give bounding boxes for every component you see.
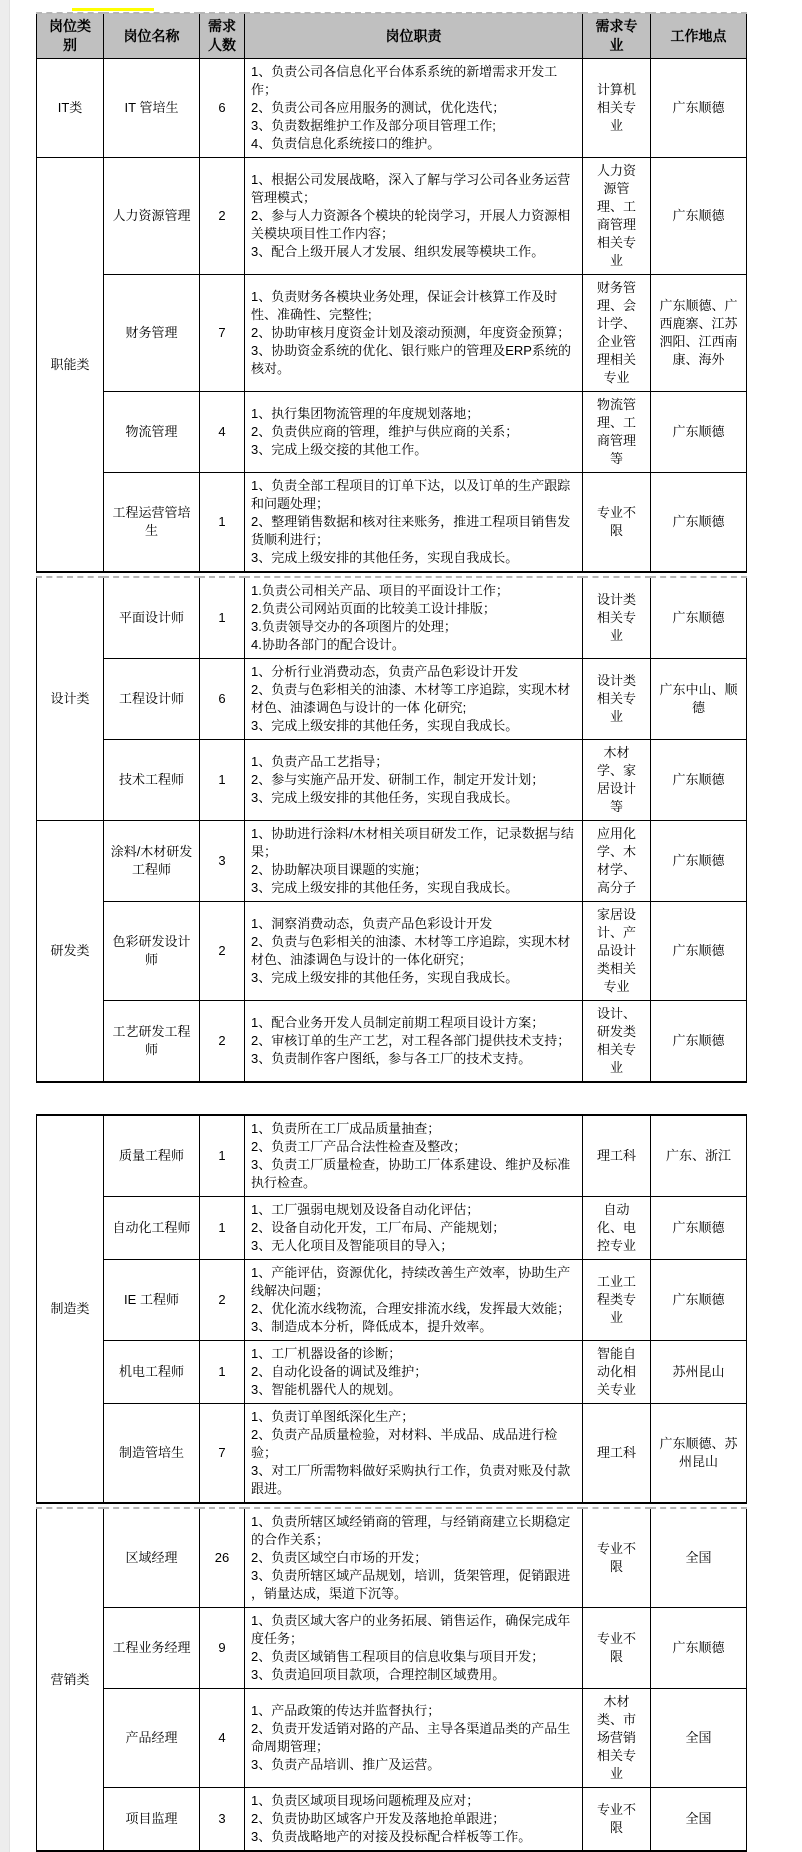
position-name: 产品经理 xyxy=(104,1689,200,1788)
duties: 1、执行集团物流管理的年度规划落地； 2、负责供应商的管理，维护与供应商的关系；… xyxy=(245,392,583,473)
headcount: 4 xyxy=(200,392,245,473)
work-location: 全国 xyxy=(651,1689,747,1788)
work-location: 广东顺德 xyxy=(651,740,747,821)
col-header-category: 岗位类别 xyxy=(37,13,104,59)
table-row: 机电工程师 1 1、工厂机器设备的诊断； 2、自动化设备的调试及维护； 3、智能… xyxy=(37,1341,747,1404)
job-table-block-manufacturing: 制造类 质量工程师 1 1、负责所在工厂成品质量抽查； 2、负责工厂产品合法性检… xyxy=(36,1114,747,1504)
category-cell: 职能类 xyxy=(37,158,104,573)
work-location: 广东顺德、苏州昆山 xyxy=(651,1404,747,1504)
duties: 1、分析行业消费动态，负责产品色彩设计开发 2、负责与色彩相关的油漆、木材等工序… xyxy=(245,659,583,740)
required-major: 计算机相关专业 xyxy=(583,59,651,158)
headcount: 1 xyxy=(200,577,245,659)
table-row: 制造管培生 7 1、负责订单图纸深化生产； 2、负责产品质量检验，对材料、半成品… xyxy=(37,1404,747,1504)
required-major: 设计类相关专业 xyxy=(583,577,651,659)
work-location: 广东顺德 xyxy=(651,473,747,573)
required-major: 设计、研发类相关专业 xyxy=(583,1001,651,1083)
col-header-position: 岗位名称 xyxy=(104,13,200,59)
col-header-duties: 岗位职责 xyxy=(245,13,583,59)
position-name: 制造管培生 xyxy=(104,1404,200,1504)
required-major: 专业不限 xyxy=(583,473,651,573)
position-name: 工程运营管培生 xyxy=(104,473,200,573)
job-table-block-design-rd: 设计类 平面设计师 1 1.负责公司相关产品、项目的平面设计工作； 2.负责公司… xyxy=(36,576,747,1083)
table-row: 工程业务经理 9 1、负责区域大客户的业务拓展、销售运作，确保完成年度任务； 2… xyxy=(37,1608,747,1689)
position-name: 项目监理 xyxy=(104,1788,200,1852)
duties: 1、负责所辖区域经销商的管理，与经销商建立长期稳定的合作关系； 2、负责区域空白… xyxy=(245,1508,583,1608)
work-location: 广东顺德 xyxy=(651,577,747,659)
work-location: 广东顺德 xyxy=(651,902,747,1001)
headcount: 9 xyxy=(200,1608,245,1689)
position-name: 财务管理 xyxy=(104,275,200,392)
headcount: 6 xyxy=(200,659,245,740)
duties: 1、根据公司发展战略，深入了解与学习公司各业务运营管理模式； 2、参与人力资源各… xyxy=(245,158,583,275)
duties: 1、负责产品工艺指导； 2、参与实施产品开发、研制工作，制定开发计划； 3、完成… xyxy=(245,740,583,821)
duties: 1、负责所在工厂成品质量抽查； 2、负责工厂产品合法性检查及整改； 3、负责工厂… xyxy=(245,1115,583,1197)
recruitment-table-page: 岗位类别 岗位名称 需求人数 岗位职责 需求专业 工作地点 IT类 IT 管培生… xyxy=(0,0,802,1852)
required-major: 家居设计、产品设计类相关专业 xyxy=(583,902,651,1001)
work-location: 广东顺德 xyxy=(651,59,747,158)
position-name: 平面设计师 xyxy=(104,577,200,659)
duties: 1、负责公司各信息化平台体系系统的新增需求开发工作； 2、负责公司各应用服务的测… xyxy=(245,59,583,158)
position-name: 技术工程师 xyxy=(104,740,200,821)
work-location: 广东顺德 xyxy=(651,1608,747,1689)
work-location: 广东顺德 xyxy=(651,1001,747,1083)
required-major: 专业不限 xyxy=(583,1508,651,1608)
table-row: IT类 IT 管培生 6 1、负责公司各信息化平台体系系统的新增需求开发工作； … xyxy=(37,59,747,158)
table-row: 职能类 人力资源管理 2 1、根据公司发展战略，深入了解与学习公司各业务运营管理… xyxy=(37,158,747,275)
required-major: 物流管理、工商管理等 xyxy=(583,392,651,473)
headcount: 2 xyxy=(200,158,245,275)
table-row: 工程运营管培生 1 1、负责全部工程项目的订单下达，以及订单的生产跟踪和问题处理… xyxy=(37,473,747,573)
work-location: 广东顺德 xyxy=(651,1260,747,1341)
table-row: 产品经理 4 1、产品政策的传达并监督执行； 2、负责开发适销对路的产品、主导各… xyxy=(37,1689,747,1788)
position-name: IT 管培生 xyxy=(104,59,200,158)
work-location: 广东中山、顺德 xyxy=(651,659,747,740)
required-major: 智能自动化相关专业 xyxy=(583,1341,651,1404)
work-location: 广东顺德 xyxy=(651,158,747,275)
required-major: 自动化、电控专业 xyxy=(583,1197,651,1260)
position-name: 色彩研发设计师 xyxy=(104,902,200,1001)
required-major: 理工科 xyxy=(583,1404,651,1504)
position-name: 工程设计师 xyxy=(104,659,200,740)
table-row: 设计类 平面设计师 1 1.负责公司相关产品、项目的平面设计工作； 2.负责公司… xyxy=(37,577,747,659)
duties: 1、工厂强弱电规划及设备自动化评估； 2、设备自动化开发，工厂布局、产能规划； … xyxy=(245,1197,583,1260)
position-name: 工程业务经理 xyxy=(104,1608,200,1689)
headcount: 6 xyxy=(200,59,245,158)
duties: 1、工厂机器设备的诊断； 2、自动化设备的调试及维护； 3、智能机器代人的规划。 xyxy=(245,1341,583,1404)
page-left-margin-strip xyxy=(0,0,10,1852)
table-row: 研发类 涂料/木材研发工程师 3 1、协助进行涂料/木材相关项目研发工作，记录数… xyxy=(37,821,747,902)
work-location: 广东顺德 xyxy=(651,1197,747,1260)
required-major: 专业不限 xyxy=(583,1788,651,1852)
required-major: 理工科 xyxy=(583,1115,651,1197)
table-row: 工艺研发工程师 2 1、配合业务开发人员制定前期工程项目设计方案； 2、审核订单… xyxy=(37,1001,747,1083)
duties: 1、产品政策的传达并监督执行； 2、负责开发适销对路的产品、主导各渠道品类的产品… xyxy=(245,1689,583,1788)
headcount: 26 xyxy=(200,1508,245,1608)
table-row: IE 工程师 2 1、产能评估，资源优化，持续改善生产效率，协助生产线解决问题；… xyxy=(37,1260,747,1341)
work-location: 广东顺德、广西鹿寨、江苏泗阳、江西南康、海外 xyxy=(651,275,747,392)
position-name: 工艺研发工程师 xyxy=(104,1001,200,1083)
required-major: 木材学、家居设计等 xyxy=(583,740,651,821)
duties: 1、负责订单图纸深化生产； 2、负责产品质量检验，对材料、半成品、成品进行检验；… xyxy=(245,1404,583,1504)
yellow-highlight-mark xyxy=(72,8,154,11)
duties: 1、负责区域项目现场问题梳理及应对； 2、负责协助区域客户开发及落地抢单跟进； … xyxy=(245,1788,583,1852)
work-location: 全国 xyxy=(651,1788,747,1852)
table-row: 财务管理 7 1、负责财务各模块业务处理，保证会计核算工作及时性、准确性、完整性… xyxy=(37,275,747,392)
table-row: 项目监理 3 1、负责区域项目现场问题梳理及应对； 2、负责协助区域客户开发及落… xyxy=(37,1788,747,1852)
required-major: 专业不限 xyxy=(583,1608,651,1689)
job-table-block-marketing: 营销类 区域经理 26 1、负责所辖区域经销商的管理，与经销商建立长期稳定的合作… xyxy=(36,1507,747,1852)
duties: 1、负责全部工程项目的订单下达，以及订单的生产跟踪和问题处理； 2、整理销售数据… xyxy=(245,473,583,573)
headcount: 7 xyxy=(200,1404,245,1504)
position-name: 机电工程师 xyxy=(104,1341,200,1404)
position-name: 涂料/木材研发工程师 xyxy=(104,821,200,902)
headcount: 2 xyxy=(200,902,245,1001)
work-location: 苏州昆山 xyxy=(651,1341,747,1404)
headcount: 1 xyxy=(200,1115,245,1197)
headcount: 2 xyxy=(200,1001,245,1083)
position-name: 物流管理 xyxy=(104,392,200,473)
table-header-row: 岗位类别 岗位名称 需求人数 岗位职责 需求专业 工作地点 xyxy=(37,13,747,59)
category-cell: 制造类 xyxy=(37,1115,104,1503)
duties: 1、产能评估，资源优化，持续改善生产效率，协助生产线解决问题； 2、优化流水线物… xyxy=(245,1260,583,1341)
col-header-headcount: 需求人数 xyxy=(200,13,245,59)
category-cell: IT类 xyxy=(37,59,104,158)
headcount: 1 xyxy=(200,1197,245,1260)
headcount: 7 xyxy=(200,275,245,392)
category-cell: 营销类 xyxy=(37,1508,104,1851)
work-location: 广东顺德 xyxy=(651,392,747,473)
table-row: 色彩研发设计师 2 1、洞察消费动态，负责产品色彩设计开发 2、负责与色彩相关的… xyxy=(37,902,747,1001)
col-header-major: 需求专业 xyxy=(583,13,651,59)
headcount: 3 xyxy=(200,821,245,902)
position-name: 人力资源管理 xyxy=(104,158,200,275)
headcount: 1 xyxy=(200,1341,245,1404)
required-major: 工业工程类专业 xyxy=(583,1260,651,1341)
duties: 1、负责区域大客户的业务拓展、销售运作，确保完成年度任务； 2、负责区域销售工程… xyxy=(245,1608,583,1689)
required-major: 应用化学、木材学、高分子 xyxy=(583,821,651,902)
table-row: 物流管理 4 1、执行集团物流管理的年度规划落地； 2、负责供应商的管理，维护与… xyxy=(37,392,747,473)
duties: 1、协助进行涂料/木材相关项目研发工作，记录数据与结果； 2、协助解决项目课题的… xyxy=(245,821,583,902)
category-cell: 研发类 xyxy=(37,821,104,1083)
table-row: 工程设计师 6 1、分析行业消费动态，负责产品色彩设计开发 2、负责与色彩相关的… xyxy=(37,659,747,740)
table-row: 技术工程师 1 1、负责产品工艺指导； 2、参与实施产品开发、研制工作，制定开发… xyxy=(37,740,747,821)
required-major: 设计类相关专业 xyxy=(583,659,651,740)
work-location: 全国 xyxy=(651,1508,747,1608)
work-location: 广东、浙江 xyxy=(651,1115,747,1197)
duties: 1、洞察消费动态，负责产品色彩设计开发 2、负责与色彩相关的油漆、木材等工序追踪… xyxy=(245,902,583,1001)
duties: 1、配合业务开发人员制定前期工程项目设计方案； 2、审核订单的生产工艺，对工程各… xyxy=(245,1001,583,1083)
headcount: 1 xyxy=(200,740,245,821)
headcount: 2 xyxy=(200,1260,245,1341)
headcount: 4 xyxy=(200,1689,245,1788)
required-major: 木材类、市场营销相关专业 xyxy=(583,1689,651,1788)
required-major: 人力资源管理、工商管理相关专业 xyxy=(583,158,651,275)
headcount: 1 xyxy=(200,473,245,573)
headcount: 3 xyxy=(200,1788,245,1852)
required-major: 财务管理、会计学、企业管理相关专业 xyxy=(583,275,651,392)
work-location: 广东顺德 xyxy=(651,821,747,902)
duties: 1、负责财务各模块业务处理，保证会计核算工作及时性、准确性、完整性; 2、协助审… xyxy=(245,275,583,392)
category-cell: 设计类 xyxy=(37,577,104,821)
position-name: 自动化工程师 xyxy=(104,1197,200,1260)
col-header-location: 工作地点 xyxy=(651,13,747,59)
table-row: 制造类 质量工程师 1 1、负责所在工厂成品质量抽查； 2、负责工厂产品合法性检… xyxy=(37,1115,747,1197)
position-name: 质量工程师 xyxy=(104,1115,200,1197)
duties: 1.负责公司相关产品、项目的平面设计工作； 2.负责公司网站页面的比较美工设计排… xyxy=(245,577,583,659)
position-name: 区域经理 xyxy=(104,1508,200,1608)
job-table-block-it-functional: 岗位类别 岗位名称 需求人数 岗位职责 需求专业 工作地点 IT类 IT 管培生… xyxy=(36,12,747,573)
table-row: 自动化工程师 1 1、工厂强弱电规划及设备自动化评估； 2、设备自动化开发，工厂… xyxy=(37,1197,747,1260)
table-row: 营销类 区域经理 26 1、负责所辖区域经销商的管理，与经销商建立长期稳定的合作… xyxy=(37,1508,747,1608)
position-name: IE 工程师 xyxy=(104,1260,200,1341)
